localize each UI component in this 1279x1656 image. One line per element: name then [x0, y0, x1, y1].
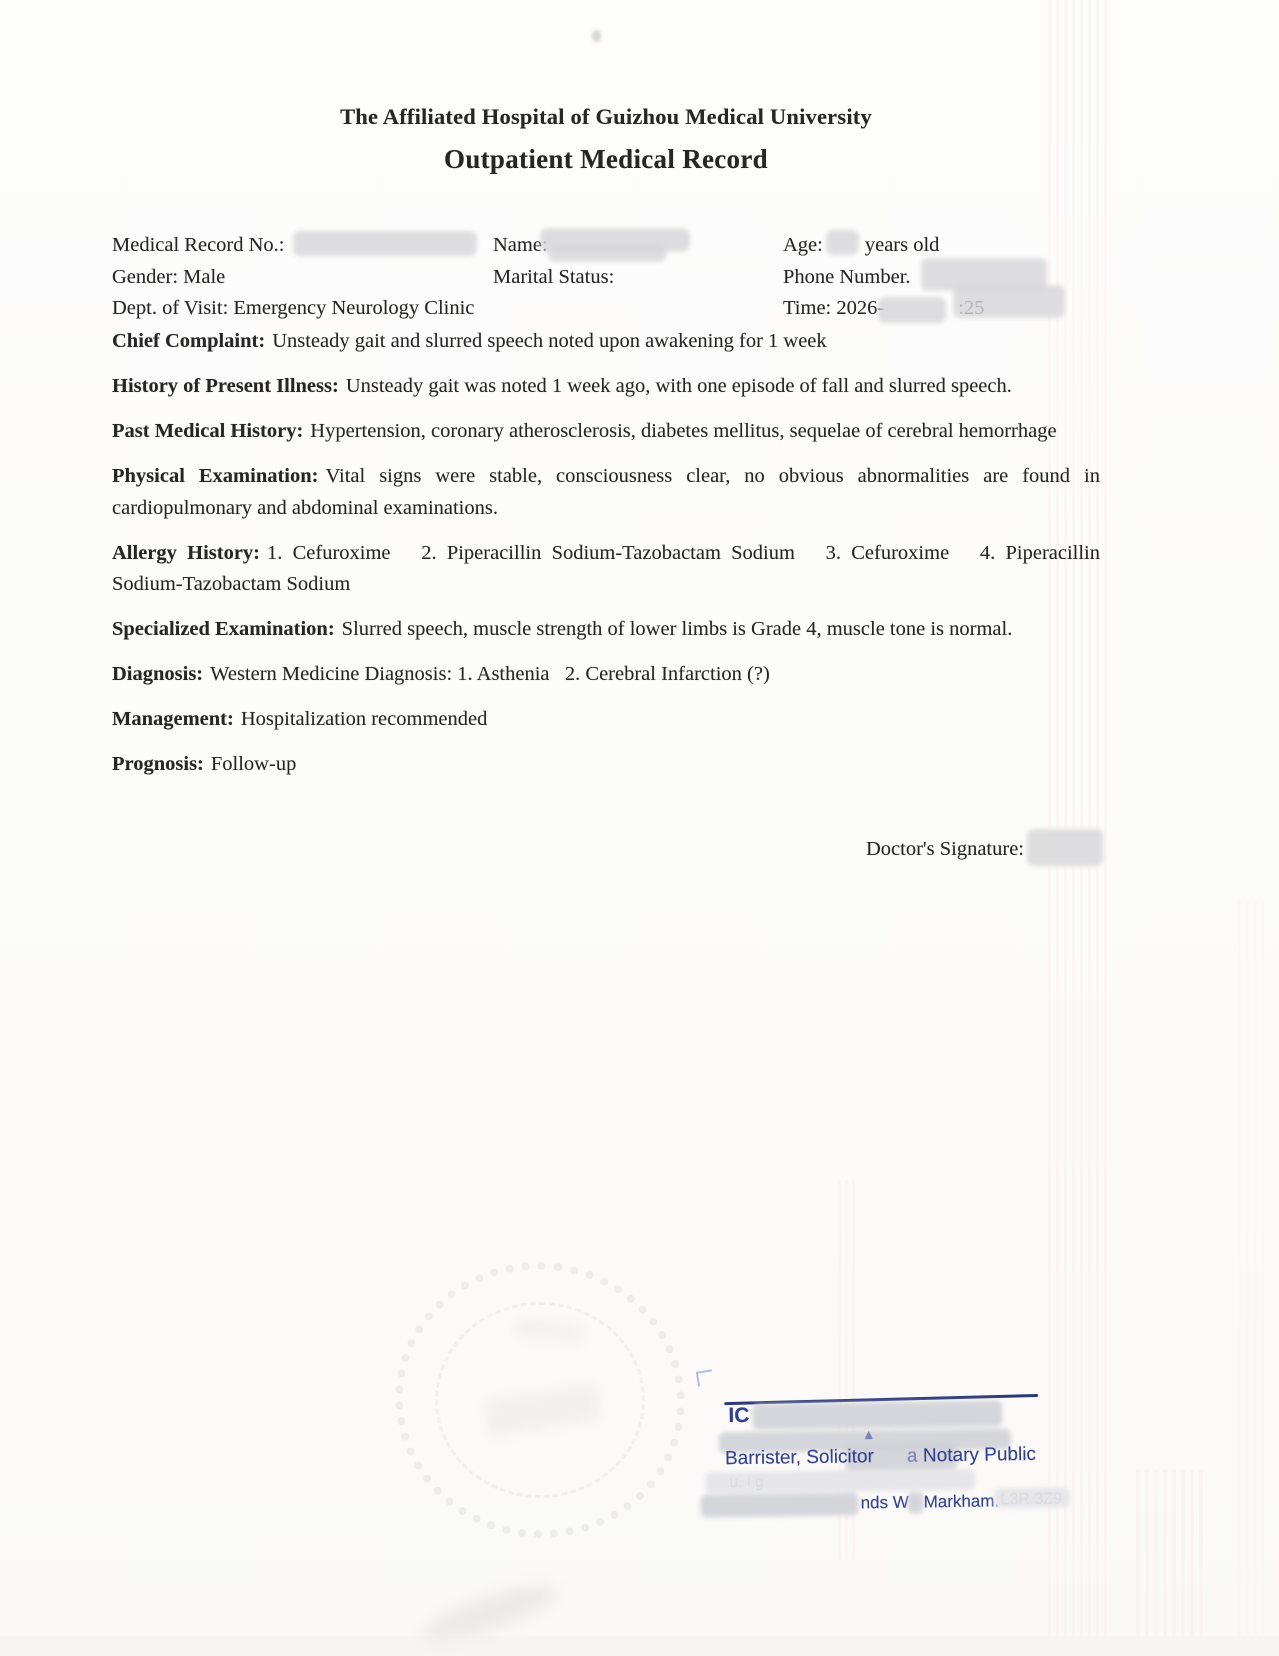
section-allergy-history: Allergy History:1. Cefuroxime 2. Piperac… — [112, 538, 1100, 601]
stamp-role-right: Notary Public — [923, 1444, 1036, 1468]
section-label: Chief Complaint: — [112, 330, 265, 352]
age-label: Age: — [783, 234, 823, 256]
redaction-doctor-signature — [1027, 829, 1103, 866]
redaction-age — [826, 230, 859, 255]
redaction-time — [878, 297, 946, 323]
scan-streak-artifact — [1136, 1470, 1208, 1656]
stamp-line1-fragment: IC — [728, 1404, 749, 1428]
scan-speck — [592, 30, 601, 42]
redaction-stamp-line4 — [705, 1469, 975, 1494]
stamp-role-left: Barrister, Solicitor — [725, 1446, 874, 1470]
gender-field: Gender: Male — [112, 262, 493, 294]
embossed-round-seal — [395, 1262, 685, 1538]
section-text: Unsteady gait was noted 1 week ago, with… — [346, 375, 1012, 397]
notary-stamp: IC ▴ Barrister, Solicitor a Notary Publi… — [694, 1387, 1076, 1527]
section-specialized-examination: Specialized Examination:Slurred speech, … — [112, 614, 1100, 646]
redaction-stamp-line1 — [752, 1400, 1002, 1429]
redaction-name — [548, 244, 666, 262]
dept-of-visit-field: Dept. of Visit: Emergency Neurology Clin… — [112, 293, 783, 325]
section-label: Physical Examination: — [112, 465, 318, 487]
redaction-phone — [953, 285, 1065, 318]
section-diagnosis: Diagnosis:Western Medicine Diagnosis: 1.… — [112, 659, 1100, 691]
redaction-stamp-address — [907, 1491, 923, 1513]
section-text: Hospitalization recommended — [241, 708, 488, 730]
section-past-medical-history: Past Medical History:Hypertension, coron… — [112, 416, 1100, 448]
section-label: Past Medical History: — [112, 420, 303, 442]
section-label: History of Present Illness: — [112, 375, 339, 397]
section-text: 1. Cefuroxime 2. Piperacillin Sodium-Taz… — [112, 542, 1100, 596]
stamp-corner-mark — [696, 1369, 714, 1386]
section-text: Hypertension, coronary atherosclerosis, … — [310, 420, 1056, 442]
hospital-title: The Affiliated Hospital of Guizhou Medic… — [112, 104, 1100, 130]
scan-streak-artifact — [1238, 900, 1264, 1656]
section-chief-complaint: Chief Complaint:Unsteady gait and slurre… — [112, 326, 1100, 358]
redaction-stamp-address — [700, 1492, 858, 1517]
stamp-address-fragment-2: Markham. — [923, 1491, 999, 1512]
age-suffix: years old — [865, 234, 940, 256]
time-prefix: Time: 2026- — [783, 297, 884, 319]
section-text: Western Medicine Diagnosis: 1. Asthenia … — [210, 663, 770, 685]
section-management: Management:Hospitalization recommended — [112, 704, 1100, 736]
marital-status-label: Marital Status: — [493, 262, 783, 294]
stamp-role-mid-fragment: a — [907, 1446, 918, 1468]
section-history-present-illness: History of Present Illness:Unsteady gait… — [112, 371, 1100, 403]
section-label: Management: — [112, 708, 234, 730]
doctor-signature-label: Doctor's Signature: — [866, 838, 1024, 861]
redaction-medical-record-no — [293, 231, 477, 256]
section-label: Specialized Examination: — [112, 618, 335, 640]
section-label: Allergy History: — [112, 542, 260, 564]
section-label: Prognosis: — [112, 753, 204, 775]
section-text: Slurred speech, muscle strength of lower… — [342, 618, 1013, 640]
stamp-line2-fragment: ▴ — [865, 1424, 873, 1444]
stamp-address-fragment-1: nds W — [860, 1493, 908, 1514]
section-prognosis: Prognosis:Follow-up — [112, 749, 1100, 781]
section-text: Unsteady gait and slurred speech noted u… — [272, 330, 826, 352]
section-text: Follow-up — [211, 753, 296, 775]
section-physical-examination: Physical Examination:Vital signs were st… — [112, 461, 1100, 524]
record-sections: Chief Complaint:Unsteady gait and slurre… — [112, 322, 1100, 794]
section-label: Diagnosis: — [112, 663, 203, 685]
outpatient-medical-record-page: The Affiliated Hospital of Guizhou Medic… — [0, 0, 1279, 1656]
document-title: Outpatient Medical Record — [112, 144, 1100, 175]
redaction-stamp-address — [993, 1487, 1069, 1508]
scan-edge-shadow — [0, 1636, 1279, 1656]
